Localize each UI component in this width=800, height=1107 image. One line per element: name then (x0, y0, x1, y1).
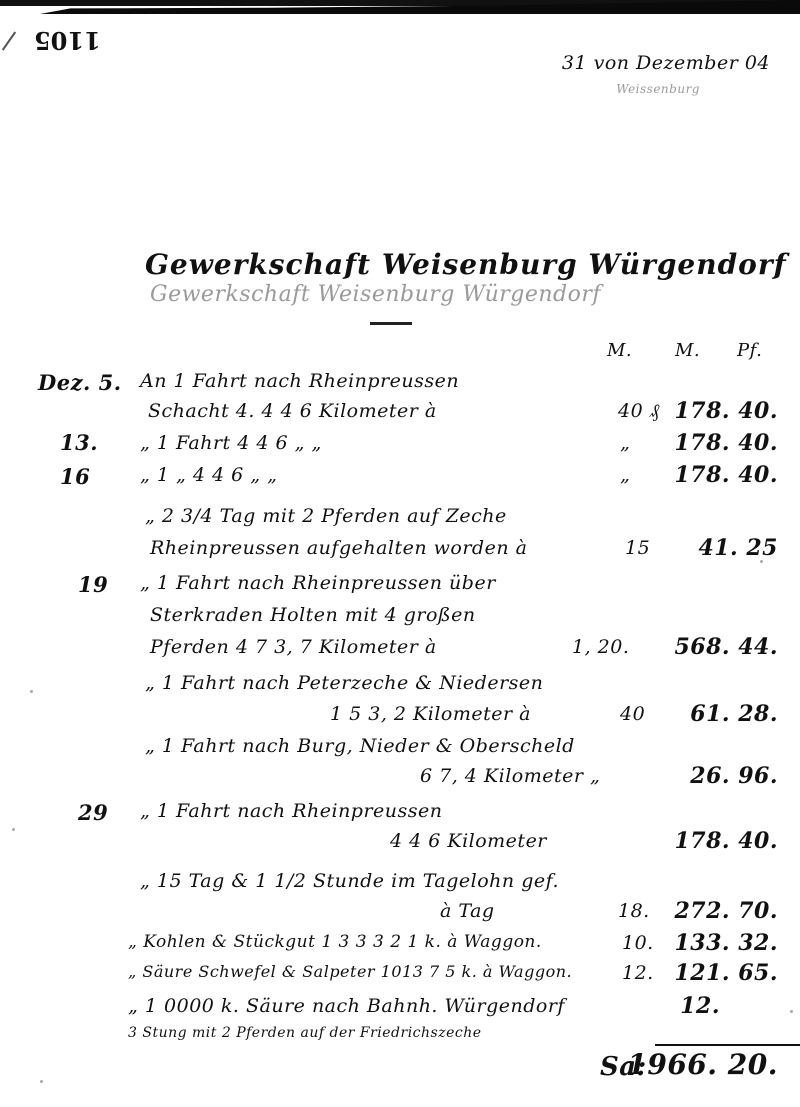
entry-date: 19 (78, 572, 108, 597)
document-title-bleedthrough: Gewerkschaft Weisenburg Würgendorf (150, 282, 601, 307)
entry-text: Rheinpreussen aufgehalten worden à (150, 537, 527, 559)
entry-text: à Tag (440, 900, 495, 922)
total-rule (655, 1044, 800, 1046)
entry-rate: 1, 20. (572, 636, 629, 658)
entry-text: 4 4 6 Kilometer (390, 830, 547, 852)
entry-rate: 40 ₰ (618, 400, 660, 423)
entry-date: 16 (60, 464, 90, 489)
column-header-rate: M. (607, 340, 632, 361)
entry-amount: 178. 40. (674, 828, 778, 854)
entry-text: Pferden 4 7 3, 7 Kilometer à (150, 636, 437, 658)
entry-amount: 12. (680, 993, 720, 1019)
entry-rate: 15 (625, 537, 650, 559)
entry-amount: 272. 70. (674, 898, 778, 924)
entry-amount: 41. 25 (698, 535, 778, 561)
entry-amount: 133. 32. (674, 930, 778, 956)
margin-mark (2, 31, 16, 50)
entry-rate: 18. (618, 900, 650, 922)
column-header-pfennig: Pf. (737, 340, 762, 361)
entry-rate: „ (620, 432, 630, 454)
entry-text: „ 1 Fahrt nach Rheinpreussen über (140, 572, 496, 594)
entry-text: „ 15 Tag & 1 1/2 Stunde im Tagelohn gef. (140, 870, 559, 892)
entry-text: „ 1 „ 4 4 6 „ „ (140, 464, 278, 486)
entry-text: Sterkraden Holten mit 4 großen (150, 604, 476, 626)
entry-rate: 10. (622, 932, 654, 954)
entry-amount: 121. 65. (674, 960, 778, 986)
entry-amount: 61. 28. (690, 701, 778, 727)
entry-text: „ 1 Fahrt nach Rheinpreussen (140, 800, 443, 822)
entry-text: „ 1 Fahrt nach Peterzeche & Niedersen (145, 672, 543, 694)
total-amount: 1966. 20. (627, 1048, 778, 1081)
document-date-faint: Weissenburg (616, 82, 700, 96)
entry-amount: 568. 44. (674, 634, 778, 660)
entry-text: „ Kohlen & Stückgut 1 3 3 3 2 1 k. à Wag… (128, 932, 542, 952)
page-number-stamp: 1105 (34, 26, 101, 55)
document-title: Gewerkschaft Weisenburg Würgendorf (145, 248, 787, 281)
entry-text: 1 5 3, 2 Kilometer à (330, 703, 531, 725)
entry-text: „ 1 0000 k. Säure nach Bahnh. Würgendorf (128, 995, 565, 1017)
entry-text: „ 2 3/4 Tag mit 2 Pferden auf Zeche (145, 505, 507, 527)
entry-amount: 178. 40. (674, 430, 778, 456)
entry-date: 29 (78, 800, 108, 825)
entry-text: 3 Stung mit 2 Pferden auf der Friedrichs… (128, 1025, 482, 1041)
entry-text: 6 7, 4 Kilometer „ (420, 765, 600, 787)
entry-text: An 1 Fahrt nach Rheinpreussen (140, 370, 459, 392)
entry-amount: 26. 96. (690, 763, 778, 789)
entry-text: „ Säure Schwefel & Salpeter 1013 7 5 k. … (128, 962, 572, 981)
entry-rate: 12. (622, 962, 654, 984)
entry-rate: 40 (620, 703, 645, 725)
entry-date: Dez. 5. (38, 370, 122, 395)
entry-text: „ 1 Fahrt 4 4 6 „ „ (140, 432, 322, 454)
entry-amount: 178. 40. (674, 462, 778, 488)
entry-amount: 178. 40. (674, 398, 778, 424)
entry-rate: „ (620, 464, 630, 486)
entry-text: Schacht 4. 4 4 6 Kilometer à (148, 400, 437, 422)
title-underline (370, 322, 412, 325)
document-date: 31 von Dezember 04 (562, 52, 770, 74)
column-header-marks: M. (675, 340, 700, 361)
entry-date: 13. (60, 430, 98, 455)
entry-text: „ 1 Fahrt nach Burg, Nieder & Oberscheld (145, 735, 575, 757)
